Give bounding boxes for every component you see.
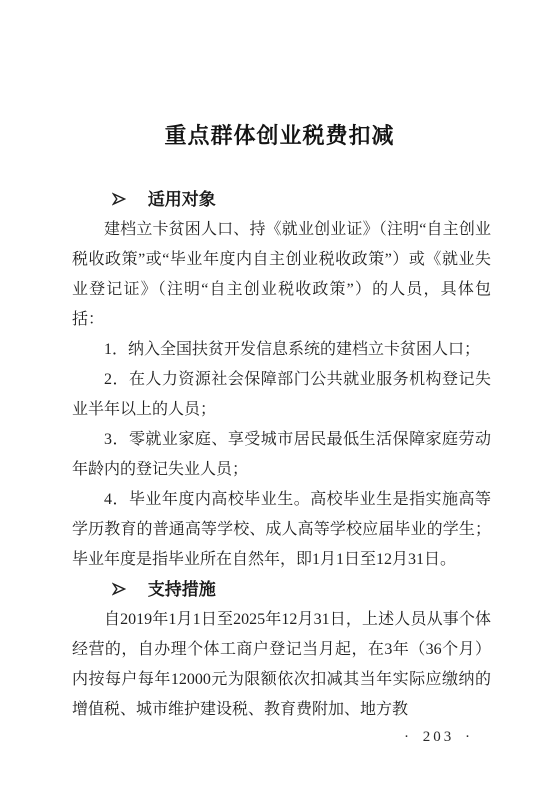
list-item-4: 4．毕业年度内高校毕业生。高校毕业生是指实施高等学历教育的普通高等学校、成人高等… xyxy=(72,485,491,575)
list-item-3: 3．零就业家庭、享受城市居民最低生活保障家庭劳动年龄内的登记失业人员； xyxy=(72,425,491,485)
list-item-1: 1．纳入全国扶贫开发信息系统的建档立卡贫困人口； xyxy=(72,335,491,365)
document-title: 重点群体创业税费扣减 xyxy=(0,118,559,154)
paragraph-intro: 建档立卡贫困人口、持《就业创业证》（注明“自主创业税收政策”或“毕业年度内自主创… xyxy=(72,215,491,335)
section-heading-support-measures: 支持措施 xyxy=(112,575,491,605)
paragraph-support-measures: 自2019年1月1日至2025年12月31日，上述人员从事个体经营的，自办理个体… xyxy=(72,605,491,725)
document-body: 适用对象 建档立卡贫困人口、持《就业创业证》（注明“自主创业税收政策”或“毕业年… xyxy=(72,185,491,725)
document-page: 重点群体创业税费扣减 适用对象 建档立卡贫困人口、持《就业创业证》（注明“自主创… xyxy=(0,0,559,793)
section-heading-applicable-targets: 适用对象 xyxy=(112,185,491,215)
section-heading-label: 支持措施 xyxy=(148,580,216,599)
list-item-2: 2．在人力资源社会保障部门公共就业服务机构登记失业半年以上的人员； xyxy=(72,365,491,425)
section-heading-label: 适用对象 xyxy=(148,190,216,209)
right-arrowhead-icon xyxy=(112,582,126,596)
page-number: · 203 · xyxy=(404,727,473,747)
right-arrowhead-icon xyxy=(112,192,126,206)
